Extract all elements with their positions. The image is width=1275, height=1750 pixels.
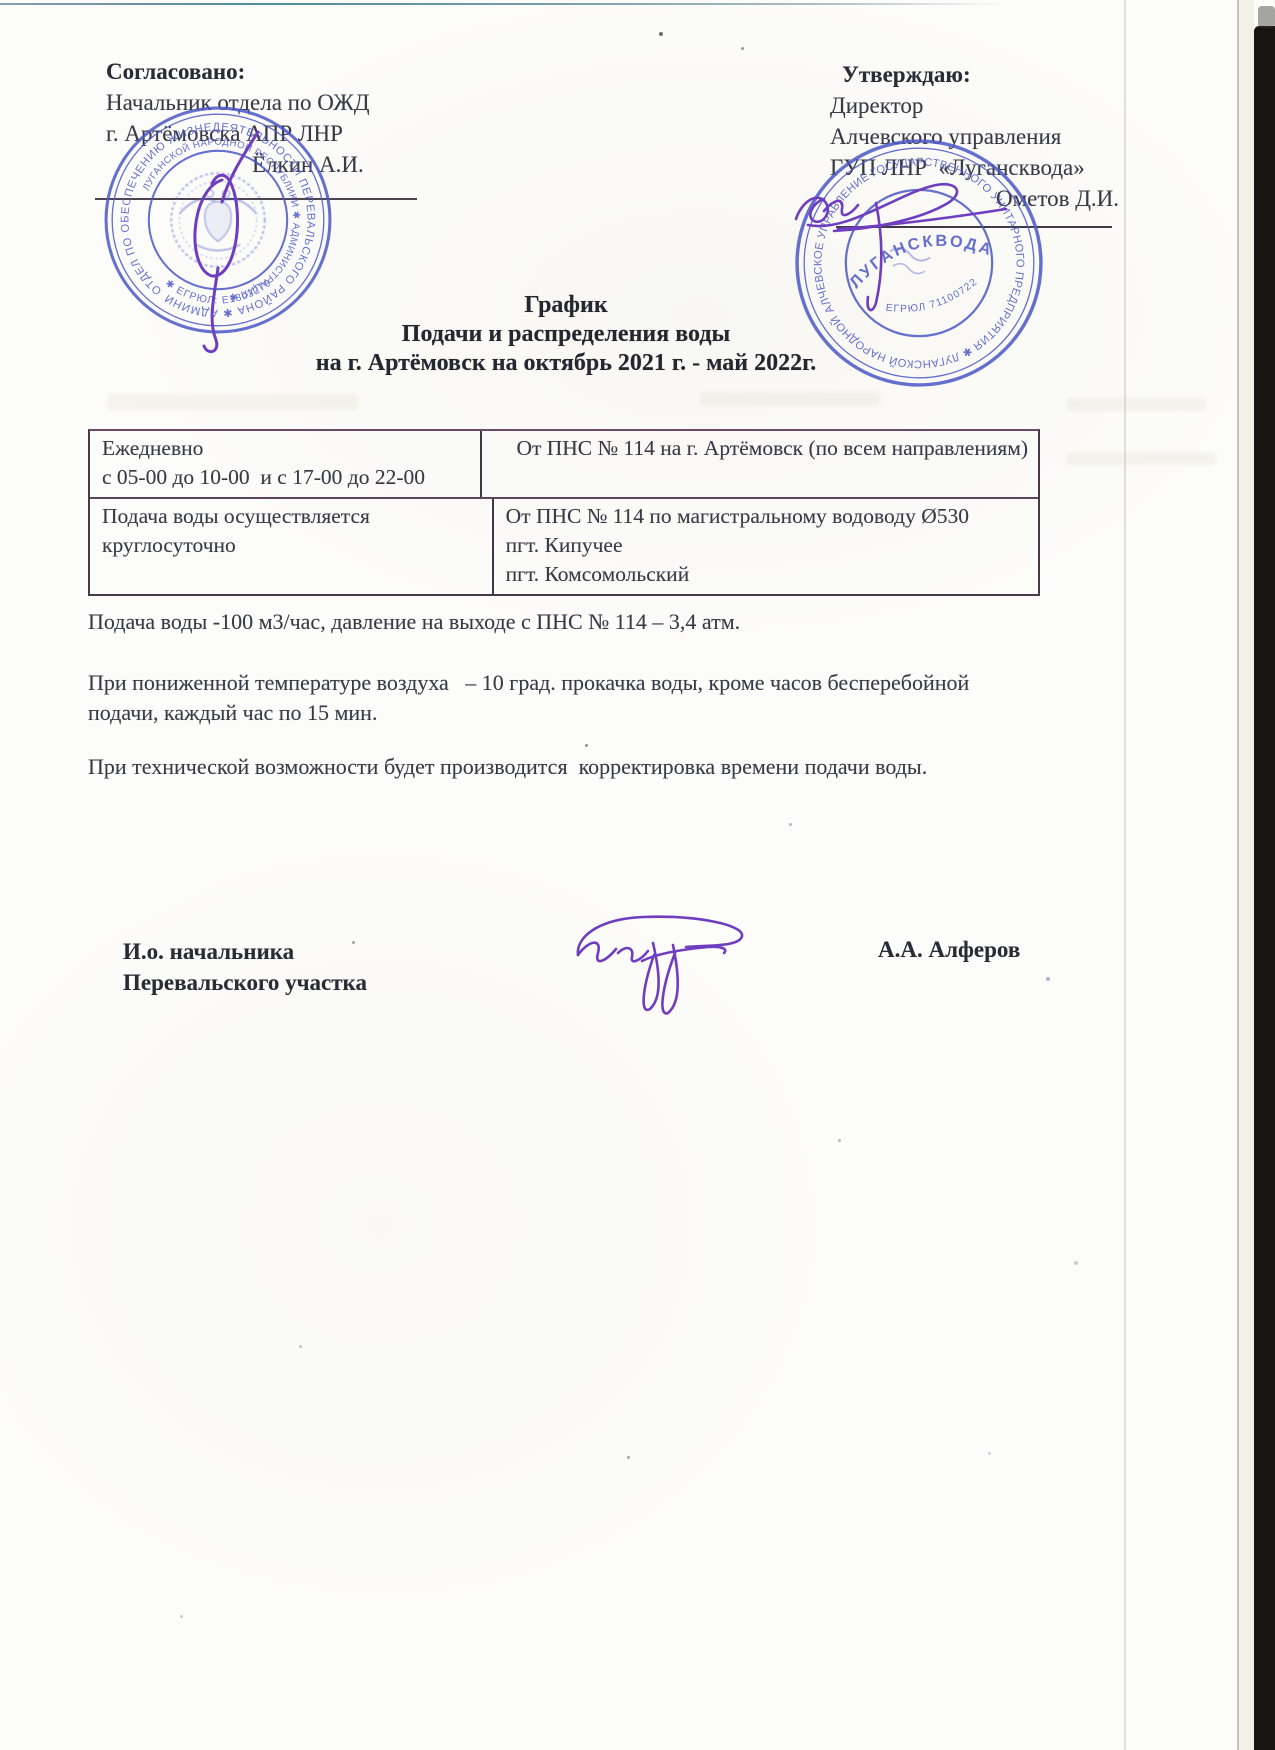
- cell-line: пгт. Кипучее: [506, 531, 1028, 560]
- scanner-top-edge-artifact: [0, 3, 1005, 5]
- paragraph-line: Подача воды -100 м3/час, давление на вых…: [88, 607, 740, 637]
- scan-background-band-top: [1258, 6, 1275, 28]
- cell-line: Ежедневно: [102, 434, 470, 463]
- table-cell-time: Подача воды осуществляется круглосуточно: [90, 499, 494, 594]
- paragraph-supply-rate: Подача воды -100 м3/час, давление на вых…: [88, 607, 740, 637]
- cell-line: пгт. Комсомольский: [506, 560, 1028, 589]
- paragraph-adjustment-note: При технической возможности будет произв…: [88, 752, 927, 782]
- table-row: Ежедневно с 05-00 до 10-00 и с 17-00 до …: [90, 431, 1038, 499]
- paper-fold-line: [1124, 0, 1126, 1750]
- cell-line: с 05-00 до 10-00 и с 17-00 до 22-00: [102, 463, 470, 492]
- signature-alferov: [558, 903, 753, 1028]
- cell-line: От ПНС № 114 на г. Артёмовск (по всем на…: [516, 434, 1028, 463]
- title-line1: График: [0, 291, 1132, 320]
- scan-speck: [838, 1139, 841, 1142]
- approved-label: Утверждаю:: [830, 59, 1119, 90]
- scan-speck: [789, 823, 792, 826]
- scan-speck: [299, 1345, 302, 1348]
- bleed-through-artifact: [1066, 452, 1216, 465]
- table-row: Подача воды осуществляется круглосуточно…: [90, 499, 1038, 594]
- footer-position-block: И.о. начальника Перевальского участка: [123, 936, 367, 998]
- scan-background-band: [1254, 26, 1275, 1750]
- document-title: График Подачи и распределения воды на г.…: [0, 291, 1132, 378]
- paragraph-line: подачи, каждый час по 15 мин.: [88, 698, 969, 728]
- table-cell-route: От ПНС № 114 на г. Артёмовск (по всем на…: [482, 431, 1038, 497]
- cell-line: Подача воды осуществляется: [102, 502, 482, 531]
- paragraph-line: При технической возможности будет произв…: [88, 752, 927, 782]
- scan-speck: [585, 744, 588, 747]
- scan-speck: [352, 941, 355, 944]
- scan-speck: [1074, 1261, 1078, 1265]
- title-line3: на г. Артёмовск на октябрь 2021 г. - май…: [0, 349, 1132, 378]
- scanned-document-page: Согласовано: Начальник отдела по ОЖД г. …: [0, 0, 1275, 1750]
- paragraph-line: При пониженной температуре воздуха – 10 …: [88, 668, 969, 698]
- scan-speck: [659, 32, 663, 36]
- table-cell-route: От ПНС № 114 по магистральному водоводу …: [494, 499, 1038, 594]
- footer-position-line2: Перевальского участка: [123, 967, 367, 998]
- bleed-through-artifact: [108, 394, 358, 410]
- scan-speck: [988, 1452, 991, 1455]
- bleed-through-artifact: [700, 392, 880, 406]
- water-schedule-table: Ежедневно с 05-00 до 10-00 и с 17-00 до …: [88, 429, 1040, 596]
- paragraph-low-temperature: При пониженной температуре воздуха – 10 …: [88, 668, 969, 728]
- paper-edge-strip: [1239, 0, 1254, 1750]
- scan-speck: [741, 47, 744, 50]
- footer-signer-name: А.А. Алферов: [878, 934, 1020, 965]
- cell-line: От ПНС № 114 по магистральному водоводу …: [506, 502, 1028, 531]
- table-cell-time: Ежедневно с 05-00 до 10-00 и с 17-00 до …: [90, 431, 482, 497]
- footer-position-line1: И.о. начальника: [123, 936, 367, 967]
- agreed-label: Согласовано:: [106, 56, 370, 87]
- footer-signer-name-block: А.А. Алферов: [878, 934, 1020, 965]
- scan-speck: [1046, 977, 1050, 981]
- approved-position-line1: Директор: [830, 90, 1119, 121]
- scan-speck: [180, 1615, 183, 1618]
- cell-line: круглосуточно: [102, 531, 482, 560]
- title-line2: Подачи и распределения воды: [0, 320, 1132, 349]
- bleed-through-artifact: [1066, 398, 1206, 411]
- scan-speck: [627, 1456, 630, 1459]
